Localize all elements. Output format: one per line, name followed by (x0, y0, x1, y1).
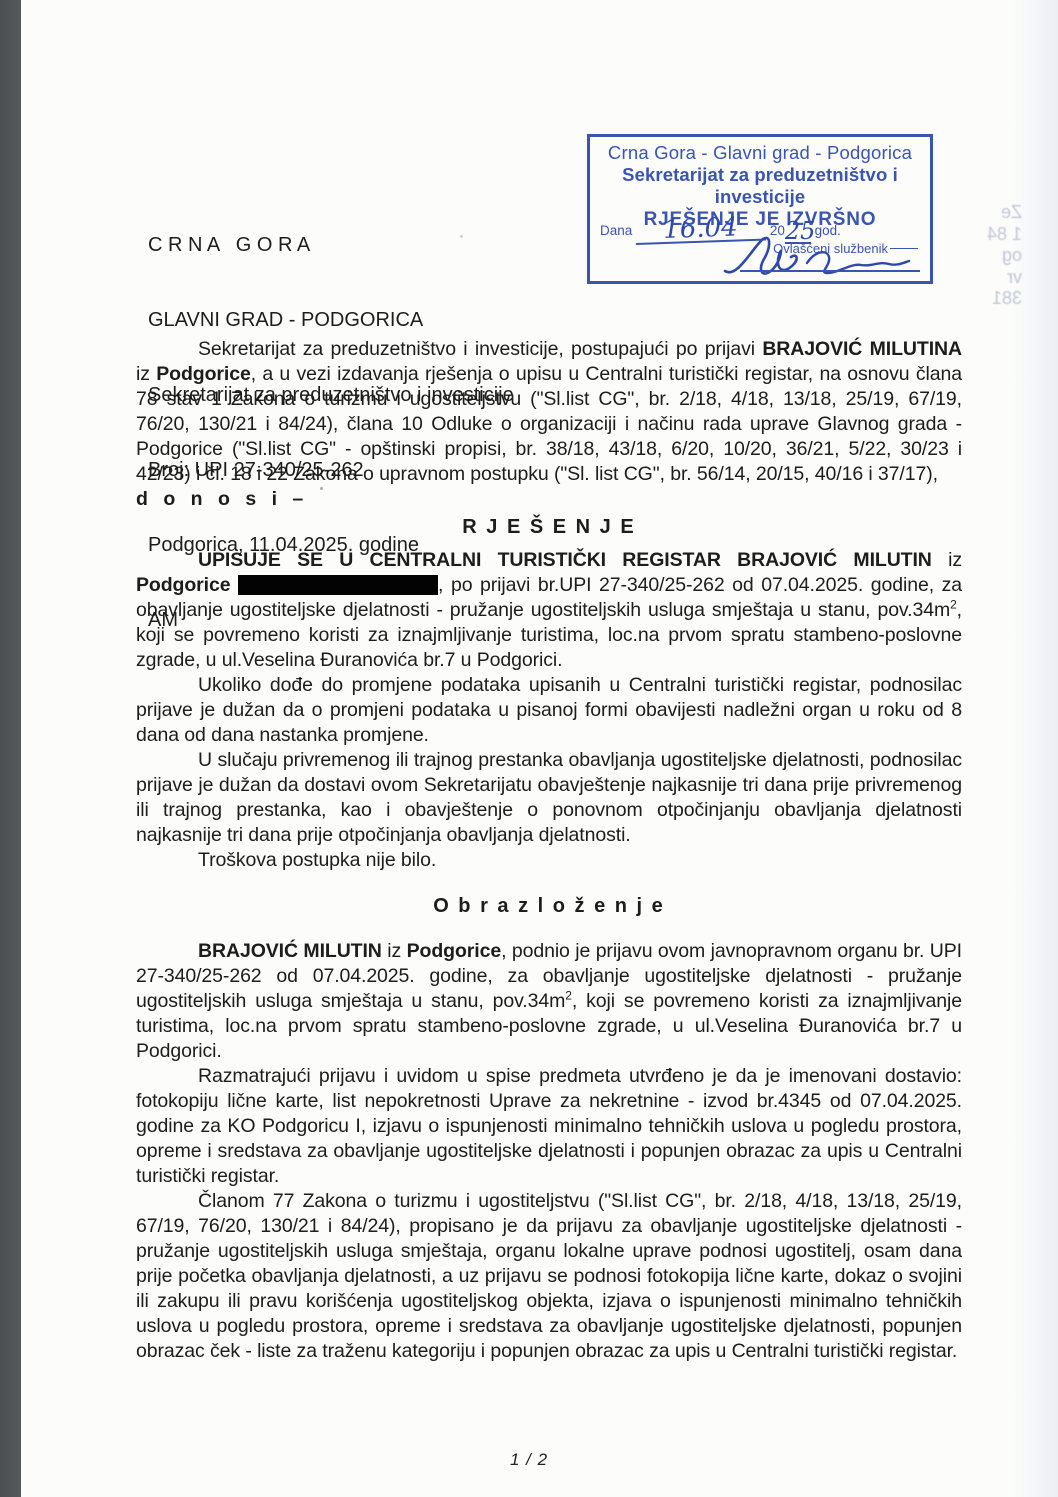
bleed-fragment: og (950, 245, 1022, 267)
document-body: Sekretarijat za preduzetništvo i investi… (136, 337, 962, 1364)
paragraph-applicant: BRAJOVIĆ MILUTIN iz Podgorice, podnio je… (136, 939, 962, 1064)
scan-edge-band (0, 0, 21, 1497)
stamp-dana-label: Dana (600, 223, 632, 238)
bleed-fragment: 381 (950, 288, 1022, 310)
signature (719, 233, 924, 283)
bleed-fragment: Ze (950, 202, 1022, 224)
bleed-fragment: 1 84 (950, 224, 1022, 246)
scan-speck (460, 235, 463, 238)
stamp-authority-line: Crna Gora - Glavni grad - Podgorica (590, 142, 930, 164)
scan-speck (320, 487, 323, 490)
paragraph-article-77: Članom 77 Zakona o turizmu i ugostiteljs… (136, 1189, 962, 1364)
letterhead-city: GLAVNI GRAD - PODGORICA (148, 308, 514, 333)
scanned-document-page: C R N A G O R A GLAVNI GRAD - PODGORICA … (0, 0, 1058, 1497)
paragraph-preamble: Sekretarijat za preduzetništvo i investi… (136, 337, 962, 487)
paragraph-dispositive: UPISUJE SE U CENTRALNI TURISTIČKI REGIST… (136, 548, 962, 673)
donosi-line: d o n o s i – (136, 487, 962, 512)
bleed-through-text: Ze1 84ogvr381 (950, 202, 1022, 310)
executory-stamp: Crna Gora - Glavni grad - Podgorica Sekr… (587, 134, 933, 284)
redaction-box (238, 575, 438, 595)
page-number: 1 / 2 (0, 1450, 1058, 1470)
letterhead-country: C R N A G O R A (148, 233, 514, 258)
signature-underline (740, 270, 920, 272)
stamp-secretariat-line: Sekretarijat za preduzetništvo i investi… (590, 164, 930, 208)
bleed-fragment: vr (950, 267, 1022, 289)
heading-obrazlozenje: O b r a z l o ž e n j e (136, 894, 962, 919)
paragraph-costs: Troškova postupka nije bilo. (136, 848, 962, 873)
paragraph-change-obligation: Ukoliko dođe do promjene podataka upisan… (136, 673, 962, 748)
heading-rjesenje: R J E Š E N J E (136, 515, 962, 540)
paragraph-cessation-obligation: U slučaju privremenog ili trajnog presta… (136, 748, 962, 848)
paragraph-evidence: Razmatrajući prijavu i uvidom u spise pr… (136, 1064, 962, 1189)
